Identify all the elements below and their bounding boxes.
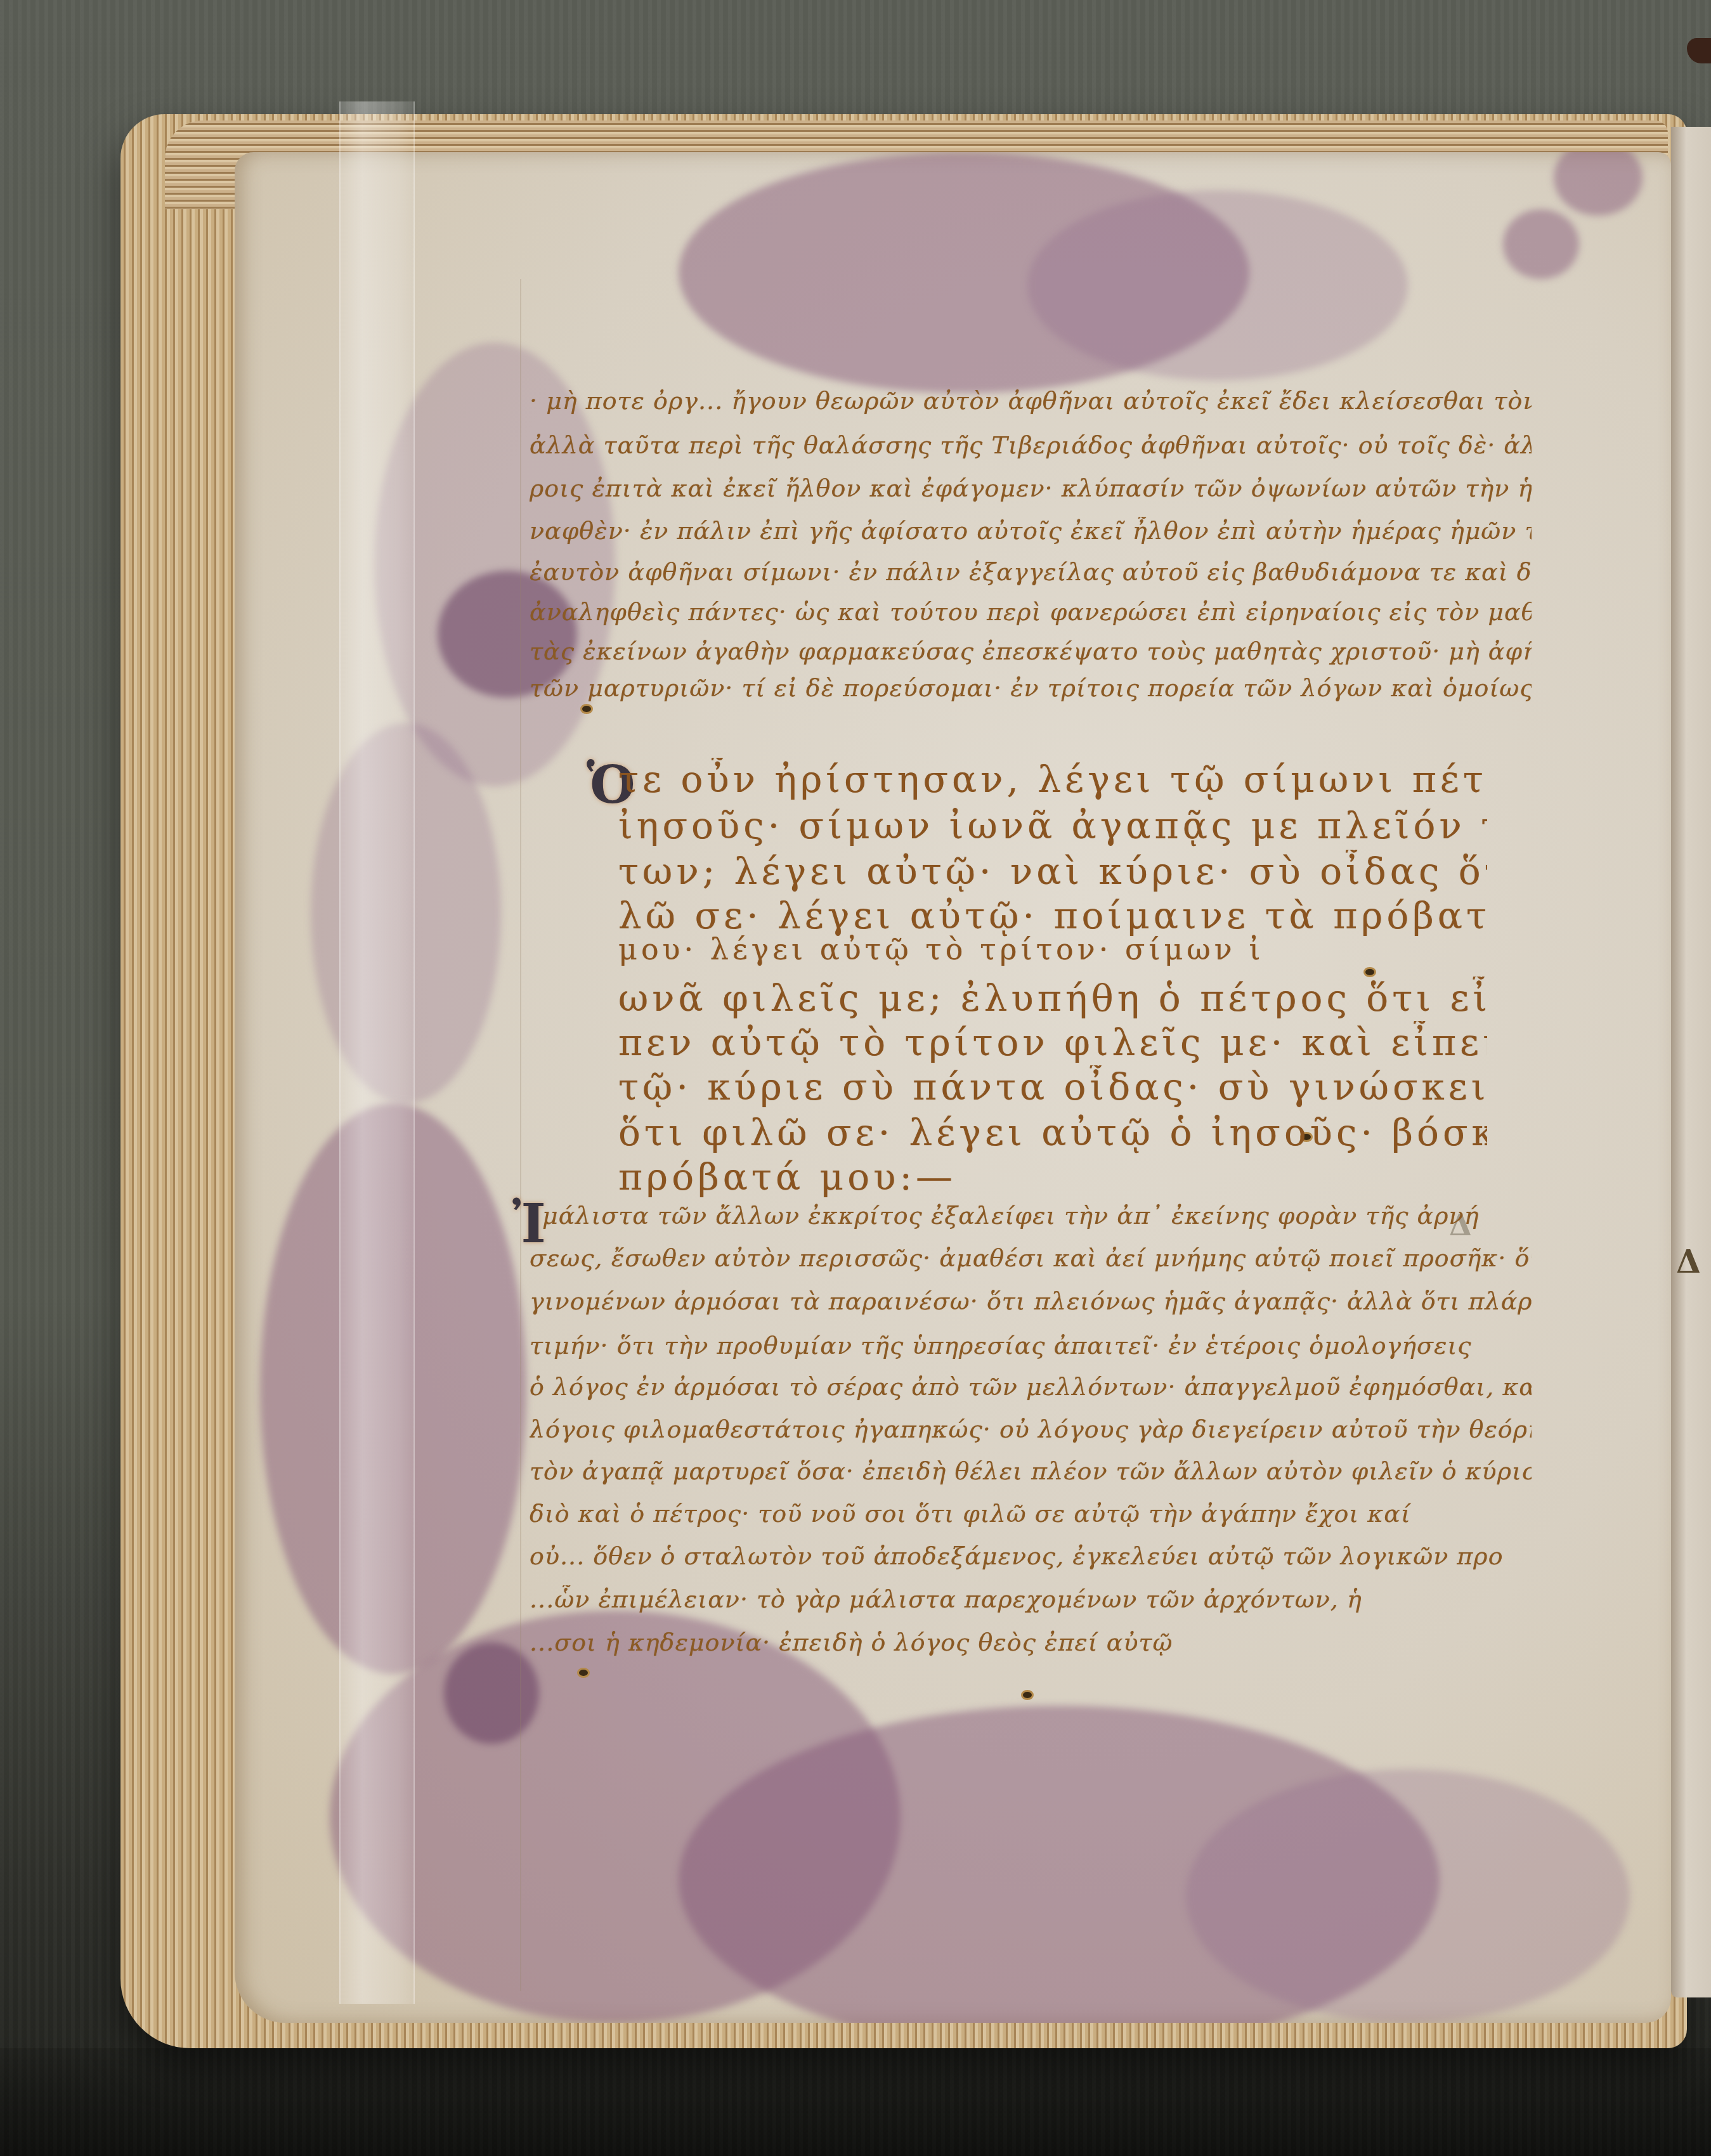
commentary-line: διὸ καὶ ὁ πέτρος· τοῦ νοῦ σοι ὅτι φιλῶ σ… <box>530 1500 1532 1528</box>
stain-bottom-dark <box>444 1642 539 1744</box>
commentary-line: τὰς ἐκείνων ἀγαθὴν φαρμακεύσας ἐπεσκέψατ… <box>530 637 1532 665</box>
stain-top-right <box>1027 190 1408 380</box>
gospel-line: τῷ· κύριε σὺ πάντα οἶδας· σὺ γινώσκεις, <box>618 1065 1487 1108</box>
gospel-line: των; λέγει αὐτῷ· ναὶ κύριε· σὺ οἶδας ὅτι… <box>618 850 1487 893</box>
clear-tape-strip <box>339 101 415 2004</box>
commentary-line: τῶν μαρτυριῶν· τί εἰ δὲ πορεύσομαι· ἐν τ… <box>530 674 1532 702</box>
gospel-line: τε οὖν ἠρίστησαν, λέγει τῷ σίμωνι πέτρῳ … <box>618 758 1487 801</box>
commentary-line: λόγοις φιλομαθεστάτοις ἠγαπηκώς· οὐ λόγο… <box>530 1415 1532 1443</box>
wormhole <box>577 1668 590 1678</box>
gospel-line: ωνᾶ φιλεῖς με; ἐλυπήθη ὁ πέτρος ὅτι εἶ <box>618 977 1487 1020</box>
gospel-line: πεν αὐτῷ τὸ τρίτον φιλεῖς με· καὶ εἶπεν … <box>618 1021 1487 1064</box>
commentary-line: γινομένων ἀρμόσαι τὰ παραινέσω· ὅτι πλει… <box>530 1287 1532 1315</box>
shadow-below-book <box>0 2048 1711 2156</box>
gospel-line: μου· λέγει αὐτῷ τὸ τρίτον· σίμων ἰ <box>618 932 1487 966</box>
wormhole <box>1363 967 1376 977</box>
commentary-line: σεως, ἔσωθεν αὐτὸν περισσῶς· ἀμαθέσι καὶ… <box>530 1244 1532 1272</box>
gospel-line: λῶ σε· λέγει αὐτῷ· ποίμαινε τὰ πρόβατά <box>618 894 1487 937</box>
commentary-line: ὁ λόγος ἐν ἀρμόσαι τὸ σέρας ἀπὸ τῶν μελλ… <box>530 1373 1532 1401</box>
commentary-line: ροις ἐπιτὰ καὶ ἐκεῖ ἤλθον καὶ ἐφάγομεν· … <box>530 474 1532 502</box>
adjacent-page-letter: Δ <box>1676 1243 1701 1280</box>
commentary-line: μάλιστα τῶν ἄλλων ἐκκρίτος ἐξαλείφει τὴν… <box>542 1202 1544 1230</box>
gospel-line: ὅτι φιλῶ σε· λέγει αὐτῷ ὁ ἰησοῦς· βόσκε … <box>618 1111 1487 1154</box>
commentary-line: ναφθὲν· ἐν πάλιν ἐπὶ γῆς ἀφίσατο αὐτοῖς … <box>530 517 1532 545</box>
commentary-line: τὸν ἀγαπᾷ μαρτυρεῖ ὅσα· ἐπειδὴ θέλει πλέ… <box>530 1457 1532 1485</box>
commentary-line: ἐαυτὸν ἀφθῆναι σίμωνι· ἐν πάλιν ἐξαγγείλ… <box>530 558 1532 586</box>
adjacent-page: Δ <box>1671 127 1711 1997</box>
stain-bottom-right <box>1186 1769 1630 2023</box>
gospel-line: πρόβατά μου:— <box>618 1155 1487 1198</box>
commentary-line: · μὴ ποτε ὀργ... ἤγουν θεωρῶν αὐτὸν ἀφθῆ… <box>530 387 1532 415</box>
ruling-vertical-left <box>520 279 521 1991</box>
stain-corner-1 <box>1554 152 1643 216</box>
gospel-line: ἰησοῦς· σίμων ἰωνᾶ ἀγαπᾷς με πλεῖόν τού <box>618 804 1487 847</box>
commentary-line: τιμήν· ὅτι τὴν προθυμίαν τῆς ὑπηρεσίας ἀ… <box>530 1332 1532 1360</box>
wormhole <box>1021 1690 1034 1700</box>
wormhole <box>580 704 593 714</box>
commentary-line: ...ὧν ἐπιμέλειαν· τὸ γὰρ μάλιστα παρεχομ… <box>530 1585 1532 1613</box>
commentary-line: οὐ... ὅθεν ὁ σταλωτὸν τοῦ ἀποδεξάμενος, … <box>530 1542 1532 1570</box>
commentary-line: ἀναληφθεὶς πάντες· ὡς καὶ τούτου περὶ φα… <box>530 598 1532 626</box>
commentary-line: ...σοι ἡ κηδεμονία· ἐπειδὴ ὁ λόγος θεὸς … <box>530 1628 1532 1656</box>
commentary-line: ἀλλὰ ταῦτα περὶ τῆς θαλάσσης τῆς Τιβεριά… <box>530 431 1532 459</box>
stain-corner-2 <box>1503 209 1579 279</box>
